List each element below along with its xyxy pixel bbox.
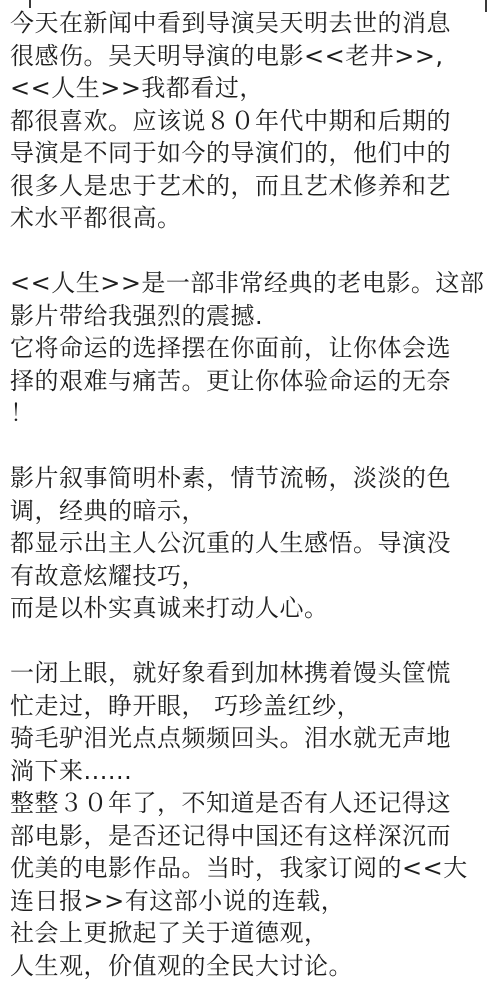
paragraph-1: 今天在新闻中看到导演吴天明去世的消息 很感伤。吴天明导演的电影<<老井>>, <…	[10, 7, 495, 235]
post-body: 今天在新闻中看到导演吴天明去世的消息 很感伤。吴天明导演的电影<<老井>>, <…	[10, 7, 495, 982]
paragraph-4: 一闭上眼，就好象看到加林携着馒头筐慌 忙走过，睁开眼， 巧珍盖红纱， 骑毛驴泪光…	[10, 657, 495, 982]
paragraph-2: <<人生>>是一部非常经典的老电影。这部 影片带给我强烈的震撼. 它将命运的选择…	[10, 267, 495, 430]
text-document: 今天在新闻中看到导演吴天明去世的消息 很感伤。吴天明导演的电影<<老井>>, <…	[0, 0, 501, 1000]
paragraph-3: 影片叙事简明朴素，情节流畅，淡淡的色 调，经典的暗示， 都显示出主人公沉重的人生…	[10, 462, 495, 625]
